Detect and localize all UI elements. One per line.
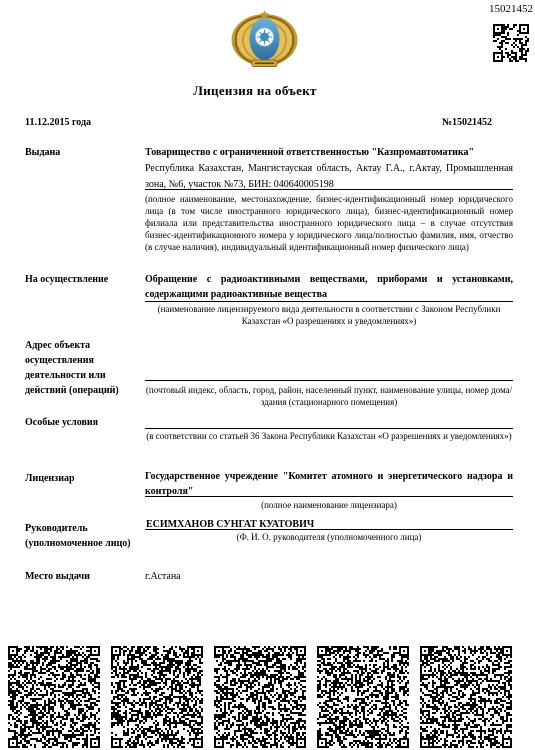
field-place-label: Место выдачи: [25, 569, 145, 584]
field-head-annotation: (Ф. И. О. руководителя (уполномоченного …: [145, 531, 513, 543]
field-activity-annotation: (наименование лицензируемого вида деятел…: [145, 303, 513, 327]
field-underline: [145, 189, 513, 190]
field-underline: [145, 529, 513, 530]
field-issued-address: Республика Казахстан, Мангистауская обла…: [145, 161, 513, 192]
issue-date: 11.12.2015 года: [25, 117, 91, 128]
document-number-top: 15021452: [489, 3, 533, 15]
data-matrix-code: [317, 646, 409, 748]
field-head-label: Руководитель (уполномоченное лицо): [25, 521, 150, 551]
data-matrix-code: [111, 646, 203, 748]
page-title: Лицензия на объект: [0, 83, 510, 99]
field-licensor-annotation: (полное наименование лицензиара): [145, 499, 513, 511]
field-activity-label: На осуществление: [25, 272, 145, 287]
field-address-annotation: (почтовый индекс, область, город, район,…: [145, 384, 513, 408]
field-address-label: Адрес объекта осуществления деятельности…: [25, 338, 145, 398]
field-issued-label: Выдана: [25, 145, 145, 160]
data-matrix-code: [8, 646, 100, 748]
kazakhstan-emblem-icon: [227, 9, 302, 69]
license-document: 15021452 Лицензия на объект 11.12.2: [0, 0, 535, 750]
data-matrix-code: [420, 646, 512, 748]
data-matrix-row: [8, 646, 512, 748]
data-matrix-code: [214, 646, 306, 748]
field-special-label: Особые условия: [25, 415, 145, 430]
field-underline: [145, 380, 513, 381]
field-place-value: г.Астана: [145, 569, 513, 585]
field-activity-value: Обращение с радиоактивными веществами, п…: [145, 272, 513, 302]
field-licensor-label: Лицензиар: [25, 471, 145, 486]
qr-code-icon: [493, 24, 529, 62]
field-underline: [145, 301, 513, 302]
field-issued-annotation: (полное наименование, местонахождение, б…: [145, 193, 513, 253]
field-licensor-value: Государственное учреждение "Комитет атом…: [145, 469, 513, 499]
license-number: №15021452: [145, 117, 492, 128]
field-underline: [145, 496, 513, 497]
field-special-annotation: (в соответствии со статьей 36 Закона Рес…: [145, 430, 513, 442]
field-underline: [145, 428, 513, 429]
field-issued-name: Товарищество с ограниченной ответственно…: [145, 145, 513, 160]
